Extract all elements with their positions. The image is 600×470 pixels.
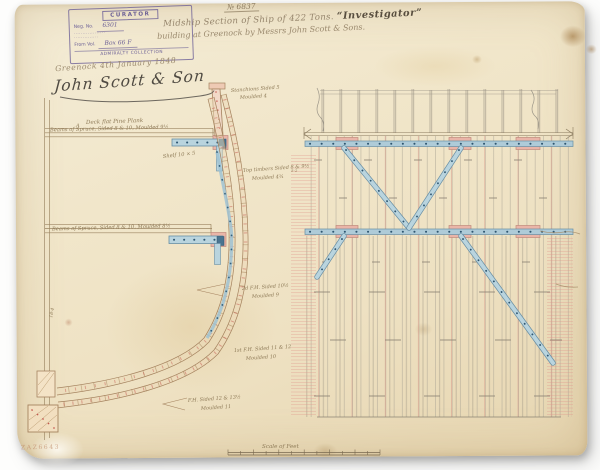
note-floor-2: Moulded 11 bbox=[200, 404, 232, 412]
stamp-from-value: Box 66 F bbox=[98, 38, 137, 49]
catalog-number: ZAZ6643 bbox=[21, 444, 60, 452]
note-stanchion-2: Moulded 4 bbox=[239, 93, 267, 101]
midship-section-drawing bbox=[28, 83, 248, 440]
note-stanchion-1: Stanchions Sided 5 bbox=[231, 85, 280, 94]
stamp-from-label: From Vol. bbox=[74, 42, 95, 49]
scale-bar bbox=[228, 450, 380, 456]
note-shelf: Shelf 10 × 5 bbox=[163, 151, 196, 160]
note-first-futtock-1: 1st F.H. Sided 11 & 12 bbox=[234, 344, 292, 354]
scale-bar-label: Scale of Feet bbox=[262, 444, 300, 450]
framing-plan-drawing bbox=[291, 88, 580, 417]
note-top-timber-2: Moulded 4¾ bbox=[251, 173, 284, 182]
note-second-futtock-2: Moulded 9 bbox=[251, 292, 280, 300]
plan-number: № 6837 bbox=[224, 1, 259, 12]
stamp-header: CURATOR bbox=[102, 9, 159, 21]
note-first-futtock-2: Moulded 10 bbox=[245, 354, 277, 362]
lower-shelf bbox=[169, 233, 226, 265]
note-margin-tally: 5·2 bbox=[291, 168, 298, 173]
keel bbox=[28, 371, 58, 432]
note-lower-beam: Beams of Spruce, Sided 8 & 10, Moulded 8… bbox=[51, 222, 171, 232]
upper-frame-lines bbox=[322, 89, 558, 133]
note-second-futtock-1: 2d F.H. Sided 10½ bbox=[241, 282, 289, 292]
note-floor-1: F.H. Sided 12 & 13½ bbox=[187, 393, 242, 404]
photo-backdrop: A Deck flat Pine Plank Beams of Spruce, … bbox=[0, 0, 600, 470]
